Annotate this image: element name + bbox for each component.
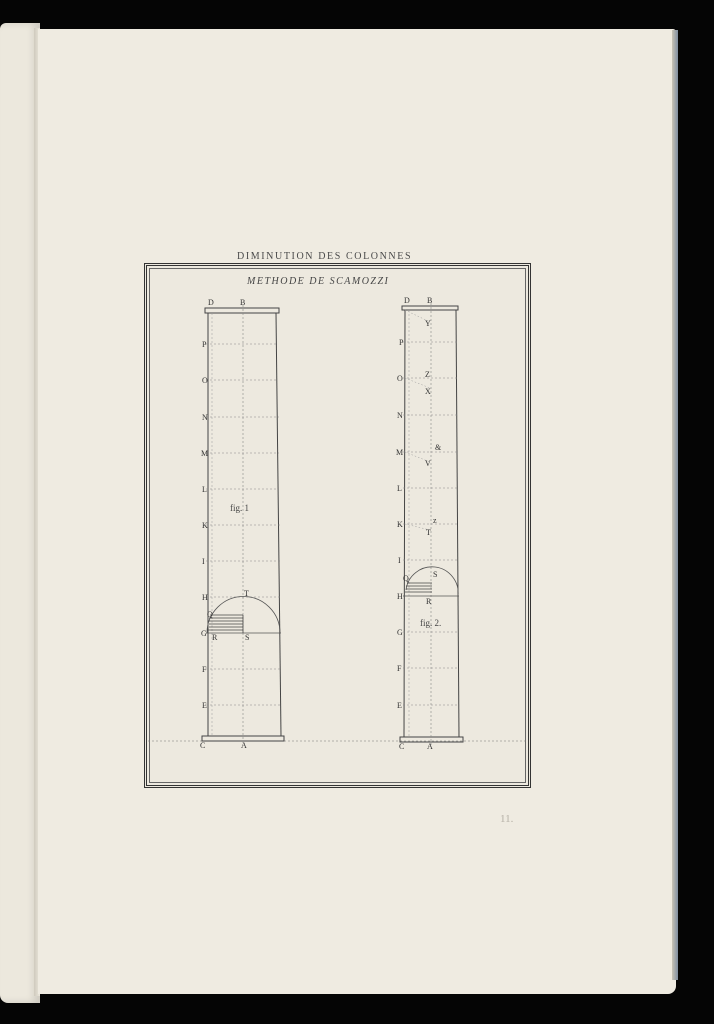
label-fig2-G: G xyxy=(397,628,403,637)
label-fig1-Q: Q xyxy=(207,610,213,619)
label-fig2-C: C xyxy=(399,742,404,751)
label-fig2-O: O xyxy=(397,374,403,383)
label-fig2-B: B xyxy=(427,296,432,305)
figure-1-column xyxy=(202,305,284,745)
label-fig1-T: T xyxy=(244,589,249,598)
label-fig2-z: z xyxy=(433,516,437,525)
label-fig1-A: A xyxy=(241,741,247,750)
label-fig2-T: T xyxy=(426,528,431,537)
label-fig2-H: H xyxy=(397,592,403,601)
label-fig1-B: B xyxy=(240,298,245,307)
label-fig2-D: D xyxy=(404,296,410,305)
figure-1-caption: fig. 1 xyxy=(230,503,249,513)
label-fig2-S: S xyxy=(433,570,437,579)
label-fig1-F: F xyxy=(202,665,207,674)
label-fig2-K: K xyxy=(397,520,403,529)
label-fig1-P: P xyxy=(202,340,207,349)
label-fig1-H: H xyxy=(202,593,208,602)
figure-2-labels: D B P O N M L K I H G F E C A Y Z X & V … xyxy=(396,296,442,751)
label-fig1-M: M xyxy=(201,449,208,458)
label-fig2-L: L xyxy=(397,484,402,493)
figure-2-column xyxy=(400,303,463,745)
label-fig1-D: D xyxy=(208,298,214,307)
label-fig2-F: F xyxy=(397,664,402,673)
label-fig1-G: G xyxy=(201,629,207,638)
label-fig2-A: A xyxy=(427,742,433,751)
figure-2-caption: fig. 2. xyxy=(420,618,441,628)
label-fig2-N: N xyxy=(397,411,403,420)
label-fig1-I: I xyxy=(202,557,205,566)
figure-1-labels: D B P O N M L K I H G F E C A T Q R S fi… xyxy=(200,298,249,750)
label-fig2-M: M xyxy=(396,448,403,457)
label-fig2-I: I xyxy=(398,556,401,565)
label-fig1-O: O xyxy=(202,376,208,385)
page-number: 11. xyxy=(500,813,513,825)
label-fig2-P: P xyxy=(399,338,404,347)
label-fig2-V: V xyxy=(425,459,431,468)
label-fig2-R: R xyxy=(426,597,432,606)
label-fig1-N: N xyxy=(202,413,208,422)
label-fig2-E: E xyxy=(397,701,402,710)
label-fig1-S: S xyxy=(245,633,249,642)
label-fig2-Q: Q xyxy=(403,574,409,583)
label-fig1-R: R xyxy=(212,633,218,642)
label-fig2-Z: Z xyxy=(425,370,430,379)
label-fig1-K: K xyxy=(202,521,208,530)
label-fig1-C: C xyxy=(200,741,205,750)
label-fig2-Y: Y xyxy=(425,319,431,328)
column-diagram: D B P O N M L K I H G F E C A T Q R S fi… xyxy=(0,0,714,1024)
label-fig1-E: E xyxy=(202,701,207,710)
label-fig1-L: L xyxy=(202,485,207,494)
label-fig2-X: X xyxy=(425,387,431,396)
label-fig2-ampersand: & xyxy=(435,443,442,452)
